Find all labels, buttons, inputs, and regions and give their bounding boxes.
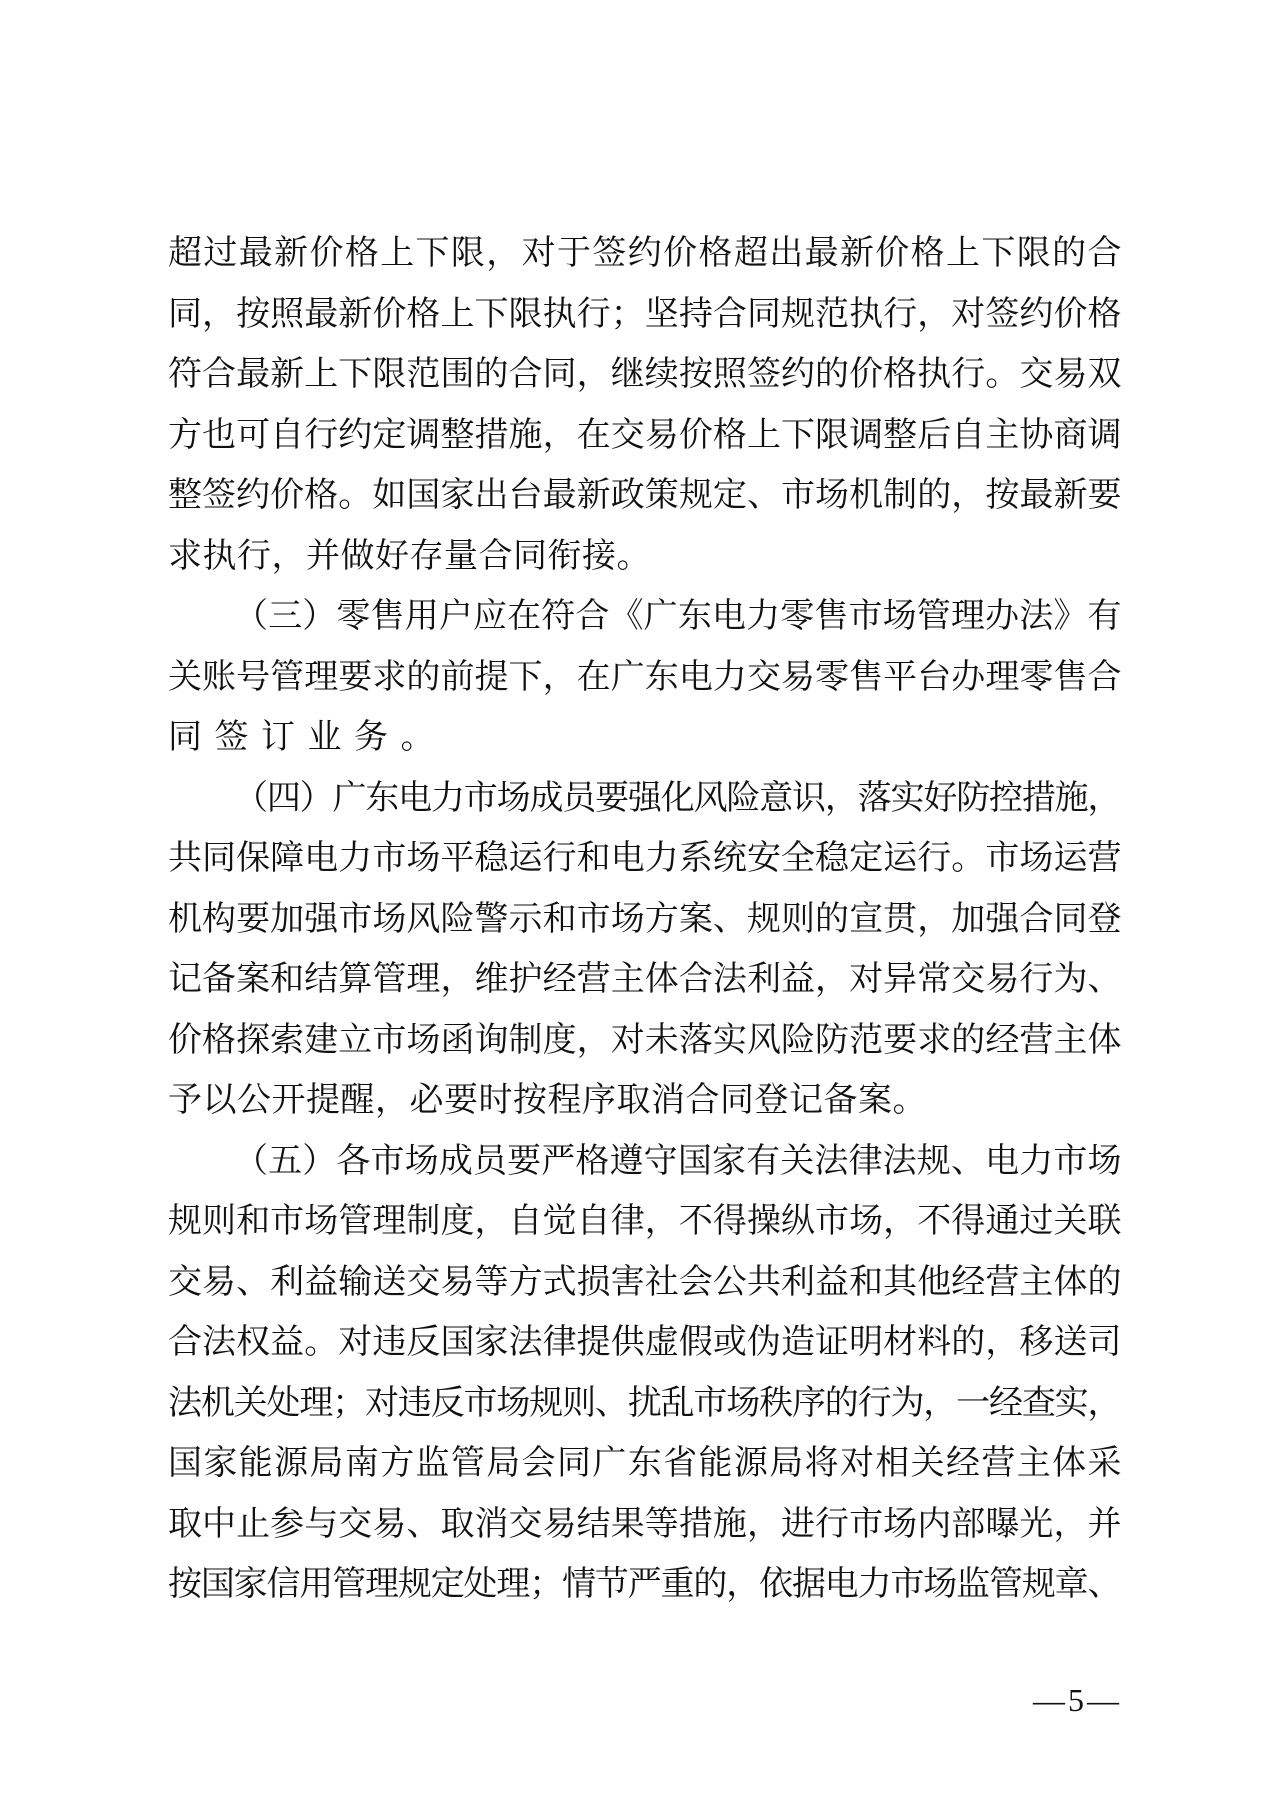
text-line: 记备案和结算管理，维护经营主体合法利益，对异常交易行为、 — [168, 950, 1120, 1011]
text-line: 关账号管理要求的前提下，在广东电力交易零售平台办理零售合 — [168, 648, 1120, 709]
text-line: 规则和市场管理制度，自觉自律，不得操纵市场，不得通过关联 — [168, 1192, 1120, 1253]
page-number: —5— — [1033, 1680, 1122, 1720]
text-line: 符合最新上下限范围的合同，继续按照签约的价格执行。交易双 — [168, 345, 1120, 406]
text-line: 法机关处理；对违反市场规则、扰乱市场秩序的行为，一经查实， — [168, 1374, 1120, 1435]
document-page: 超过最新价格上下限，对于签约价格超出最新价格上下限的合同，按照最新价格上下限执行… — [0, 0, 1280, 1810]
text-line: 价格探索建立市场函询制度，对未落实风险防范要求的经营主体 — [168, 1011, 1120, 1072]
text-line: 予以公开提醒，必要时按程序取消合同登记备案。 — [168, 1071, 1120, 1132]
text-line: 国家能源局南方监管局会同广东省能源局将对相关经营主体采 — [168, 1434, 1120, 1495]
text-line: （三）零售用户应在符合《广东电力零售市场管理办法》有 — [168, 587, 1120, 648]
text-line: （五）各市场成员要严格遵守国家有关法律法规、电力市场 — [168, 1132, 1120, 1193]
text-line: 同签订业务。 — [168, 708, 1120, 769]
text-line: 按国家信用管理规定处理；情节严重的，依据电力市场监管规章、 — [168, 1555, 1120, 1616]
text-line: 取中止参与交易、取消交易结果等措施，进行市场内部曝光，并 — [168, 1495, 1120, 1556]
text-line: （四）广东电力市场成员要强化风险意识，落实好防控措施， — [168, 769, 1120, 830]
document-body: 超过最新价格上下限，对于签约价格超出最新价格上下限的合同，按照最新价格上下限执行… — [168, 224, 1120, 1616]
text-line: 求执行，并做好存量合同衔接。 — [168, 527, 1120, 588]
text-line: 合法权益。对违反国家法律提供虚假或伪造证明材料的，移送司 — [168, 1313, 1120, 1374]
text-line: 整签约价格。如国家出台最新政策规定、市场机制的，按最新要 — [168, 466, 1120, 527]
text-line: 共同保障电力市场平稳运行和电力系统安全稳定运行。市场运营 — [168, 829, 1120, 890]
text-line: 交易、利益输送交易等方式损害社会公共利益和其他经营主体的 — [168, 1253, 1120, 1314]
text-line: 同，按照最新价格上下限执行；坚持合同规范执行，对签约价格 — [168, 285, 1120, 346]
text-line: 超过最新价格上下限，对于签约价格超出最新价格上下限的合 — [168, 224, 1120, 285]
text-line: 方也可自行约定调整措施，在交易价格上下限调整后自主协商调 — [168, 406, 1120, 467]
text-line: 机构要加强市场风险警示和市场方案、规则的宣贯，加强合同登 — [168, 890, 1120, 951]
